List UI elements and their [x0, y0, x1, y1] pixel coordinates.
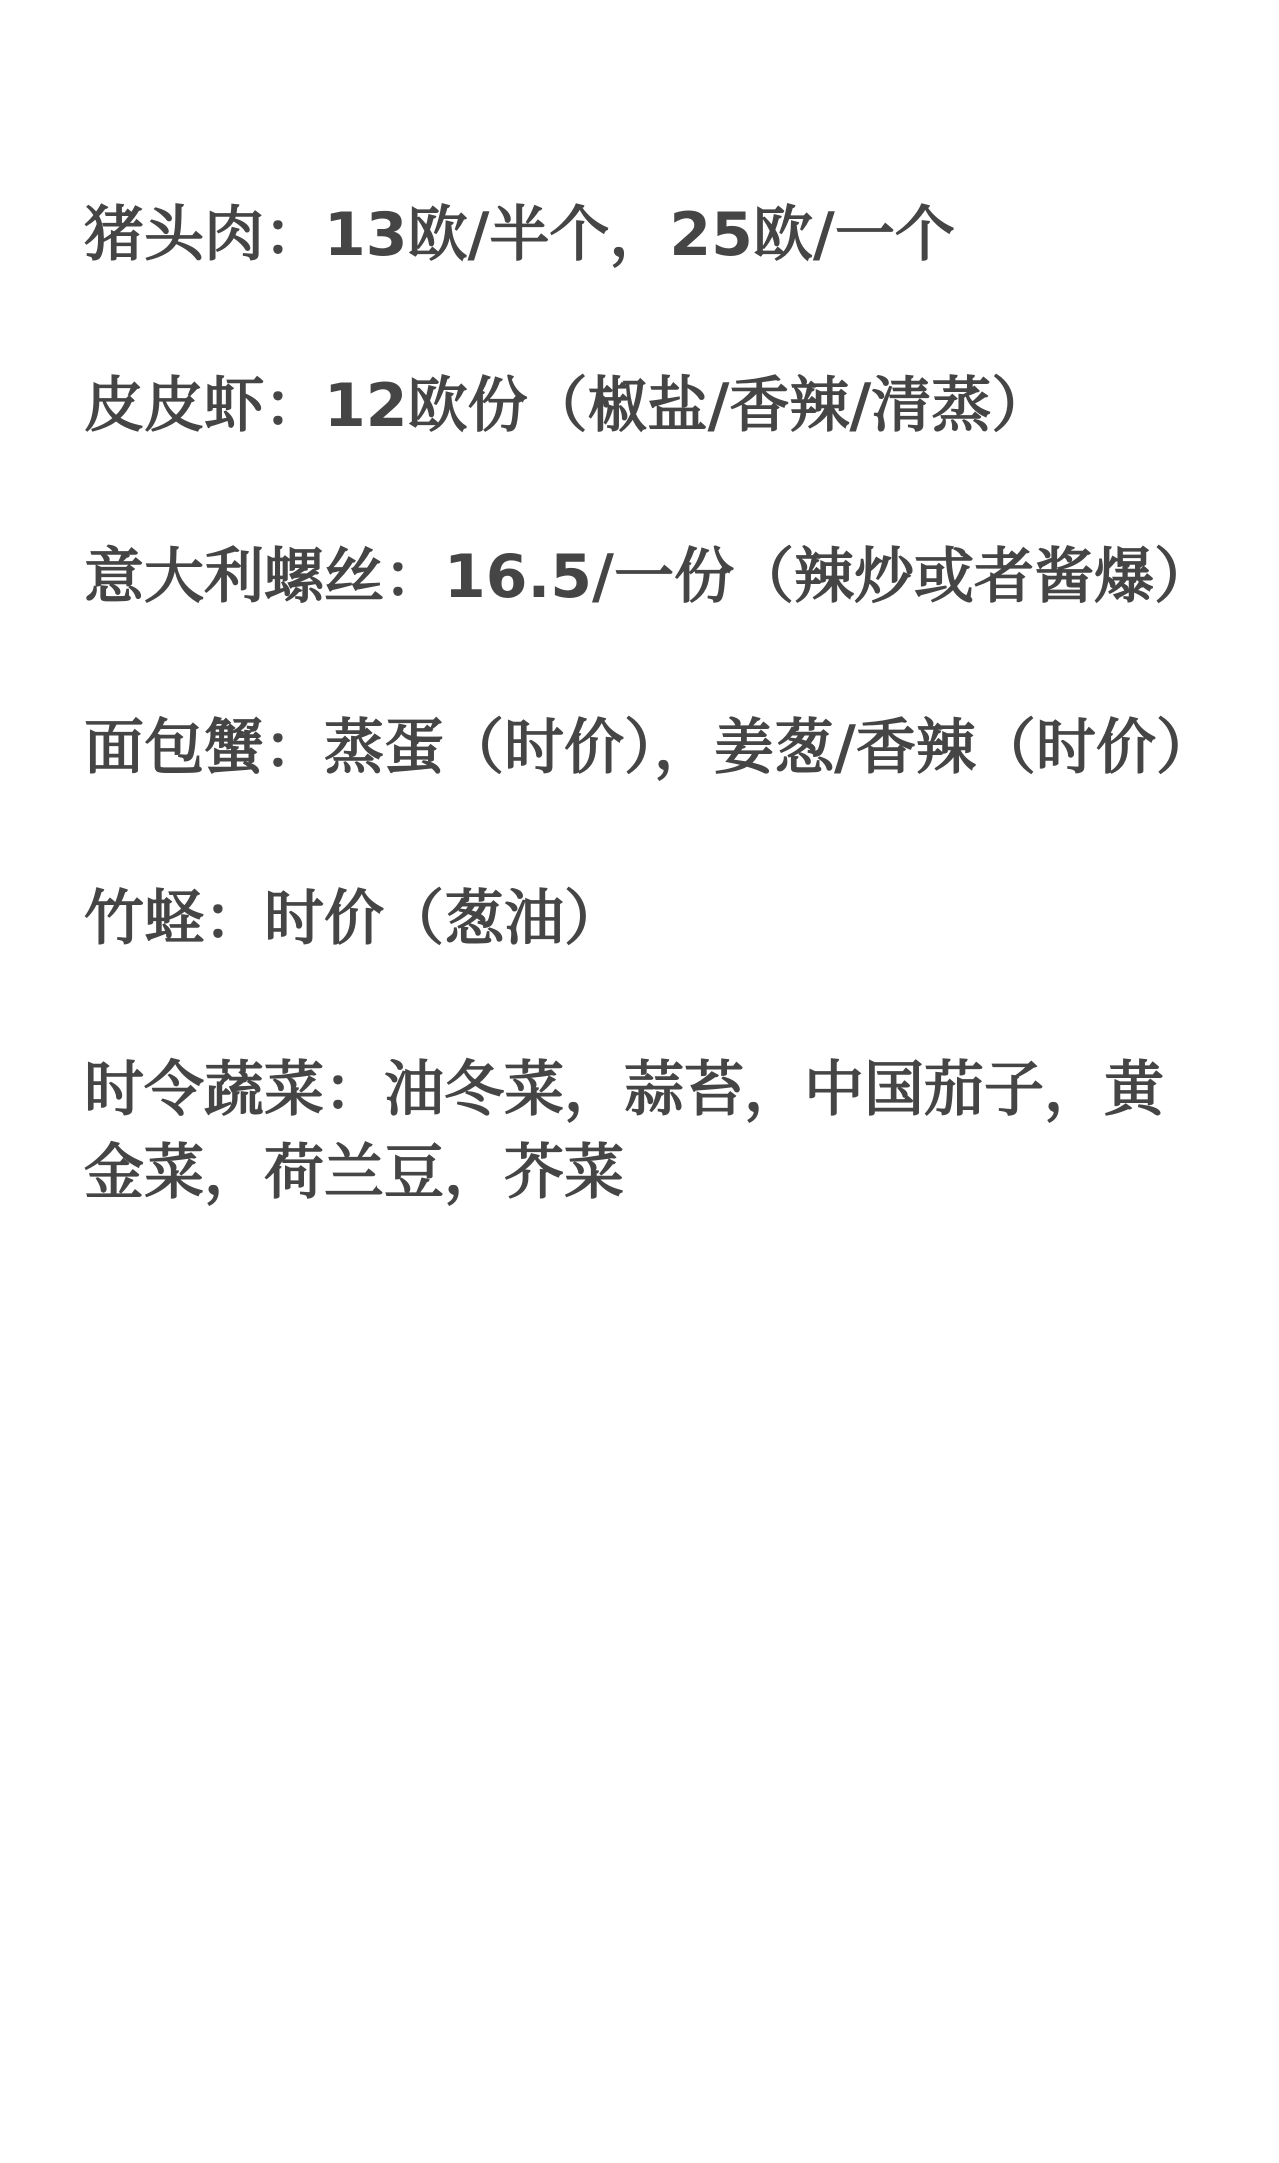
- menu-item-sea-snail: 意大利螺丝：16.5/一份（辣炒或者酱爆）: [84, 536, 1194, 619]
- menu-item-brown-crab: 面包蟹：蒸蛋（时价），姜葱/香辣（时价）: [84, 707, 1194, 790]
- menu-item-seasonal-vegetables: 时令蔬菜：油冬菜，蒜苔，中国茄子，黄金菜，荷兰豆，芥菜: [84, 1049, 1194, 1215]
- menu-item-pig-head: 猪头肉：13欧/半个，25欧/一个: [84, 194, 1194, 277]
- menu-item-mantis-shrimp: 皮皮虾：12欧份（椒盐/香辣/清蒸）: [84, 365, 1194, 448]
- menu-note: 猪头肉：13欧/半个，25欧/一个 皮皮虾：12欧份（椒盐/香辣/清蒸） 意大利…: [84, 194, 1194, 1215]
- menu-item-razor-clam: 竹蛏：时价（葱油）: [84, 878, 1194, 961]
